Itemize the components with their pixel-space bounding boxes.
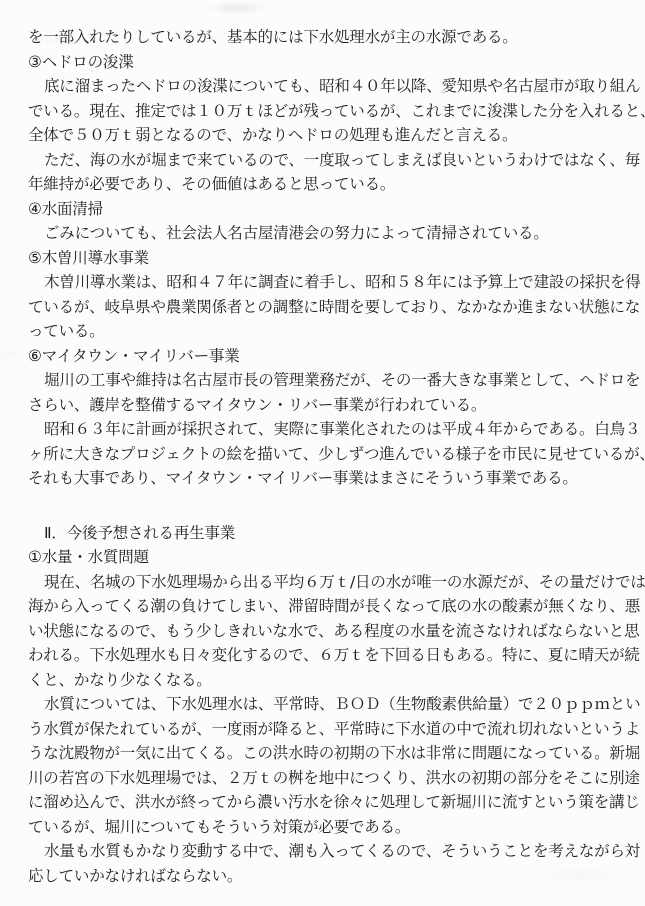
text-line: でいる。現在、推定では１０万ｔほどが残っているが、これまでに浚渫した分を入れると… — [28, 99, 628, 124]
text-line: ごみについても、社会法人名古屋清港会の努力によって清掃されている。 — [28, 221, 628, 246]
text-line: 年維持が必要であり、その価値はあると思っている。 — [28, 172, 628, 197]
text-line: ①水量・水質問題 — [28, 545, 628, 570]
text-line: 現在、名城の下水処理場から出る平均６万ｔ/日の水が唯一の水源だが、その量だけでは — [28, 570, 628, 595]
text-line — [28, 491, 628, 521]
text-line: 水量も水質もかなり変動する中で、潮も入ってくるので、そういうことを考えながら対 — [28, 839, 628, 864]
text-line: 応していかなければならない。 — [28, 864, 628, 889]
text-line: 全体で５０万ｔ弱となるので、かなりヘドロの処理も進んだと言える。 — [28, 123, 628, 148]
text-line: ④水面清掃 — [28, 197, 628, 222]
document-body: を一部入れたりしているが、基本的には下水処理水が主の水源である。③ヘドロの浚渫底… — [28, 25, 628, 888]
text-line: ているが、堀川についてもそういう対策が必要である。 — [28, 815, 628, 840]
text-line: ヶ所に大きなプロジェクトの絵を描いて、少しずつ進んでいる様子を市民に見せているが… — [28, 442, 628, 467]
text-line: われる。下水処理水も日々変化するので、６万ｔを下回る日もある。特に、夏に晴天が続 — [28, 643, 628, 668]
text-line: ③ヘドロの浚渫 — [28, 50, 628, 75]
text-line: ただ、海の水が堀まで来ているので、一度取ってしまえば良いというわけではなく、毎 — [28, 148, 628, 173]
text-line: 堀川の工事や維持は名古屋市長の管理業務だが、その一番大きな事業として、ヘドロを — [28, 368, 628, 393]
text-line: 川の若宮の下水処理場では、２万ｔの桝を地中につくり、洪水の初期の部分をそこに別途 — [28, 766, 628, 791]
text-line: さらい、護岸を整備するマイタウン・リバー事業が行われている。 — [28, 393, 628, 418]
text-line: 底に溜まったヘドロの浚渫についても、昭和４０年以降、愛知県や名古屋市が取り組ん — [28, 74, 628, 99]
text-line: くと、かなり少なくなる。 — [28, 668, 628, 693]
text-line: それも大事であり、マイタウン・マイリバー事業はまさにそういう事業である。 — [28, 466, 628, 491]
text-line: 昭和６３年に計画が採択されて、実際に事業化されたのは平成４年からである。白鳥３ — [28, 417, 628, 442]
text-line: ⑥マイタウン・マイリバー事業 — [28, 344, 628, 369]
text-line: に溜め込んで、洪水が終ってから濃い汚水を徐々に処理して新堀川に流すという策を講じ — [28, 790, 628, 815]
text-line: う水質が保たれているが、一度雨が降ると、平常時に下水道の中で流れ切れないというよ — [28, 717, 628, 742]
text-line: 木曽川導水業は、昭和４７年に調査に着手し、昭和５８年には予算上で建設の採択を得 — [28, 270, 628, 295]
text-line: ⑤木曽川導水事業 — [28, 246, 628, 271]
text-line: っている。 — [28, 319, 628, 344]
text-line: Ⅱ．今後予想される再生事業 — [28, 521, 628, 546]
text-line: 水質については、下水処理水は、平常時、ＢＯＤ（生物酸素供給量）で２０ｐｐｍとい — [28, 692, 628, 717]
text-line: を一部入れたりしているが、基本的には下水処理水が主の水源である。 — [28, 25, 628, 50]
text-line: い状態になるので、もう少しきれいな水で、ある程度の水量を流さなければならないと思 — [28, 619, 628, 644]
scanned-document-page: を一部入れたりしているが、基本的には下水処理水が主の水源である。③ヘドロの浚渫底… — [0, 0, 645, 906]
text-line: 海から入ってくる潮の負けてしまい、滞留時間が長くなって底の水の酸素が無くなり、悪 — [28, 594, 628, 619]
text-line: うな沈殿物が一気に出てくる。この洪水時の初期の下水は非常に問題になっている。新堀 — [28, 741, 628, 766]
text-line: ているが、岐阜県や農業関係者との調整に時間を要しており、なかなか進まない状態にな — [28, 295, 628, 320]
